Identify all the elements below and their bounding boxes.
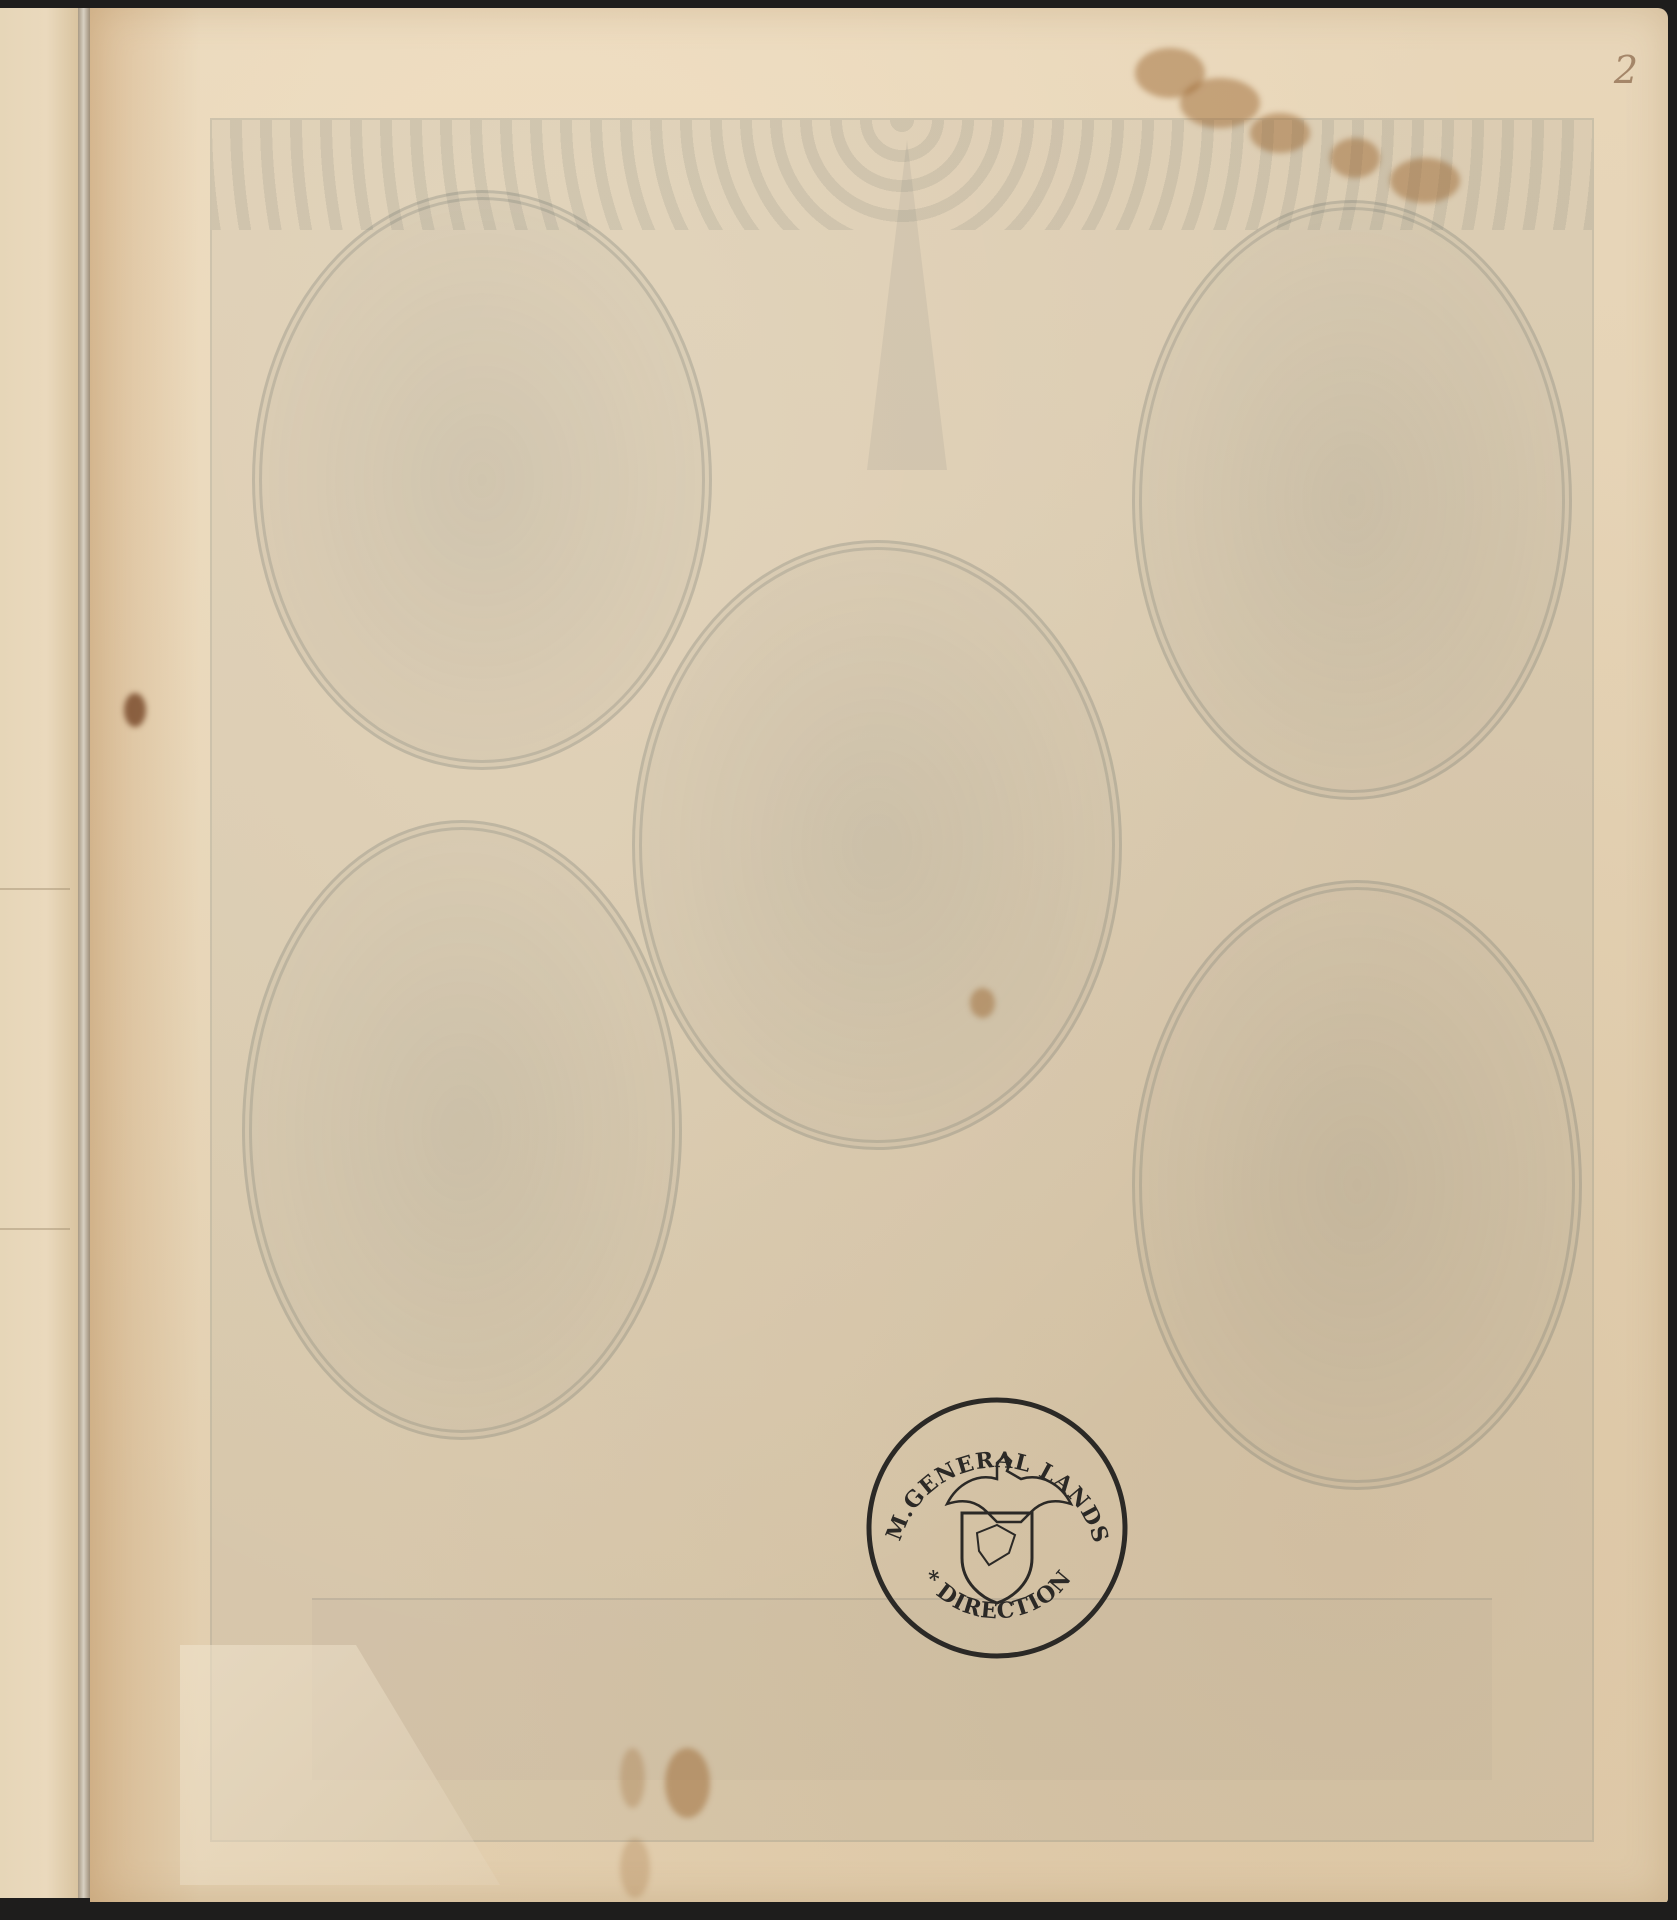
scan-background bbox=[0, 1902, 1677, 1920]
stain bbox=[1180, 78, 1260, 128]
stain bbox=[1390, 158, 1460, 203]
previous-leaf bbox=[0, 8, 80, 1898]
portrait-medallion-top-right bbox=[1132, 200, 1572, 800]
stain bbox=[665, 1748, 710, 1818]
stamp-seal-icon: K.PR.POM.GENERAL LANDSCHAFTS * DIRECTION bbox=[862, 1393, 1132, 1663]
stain bbox=[620, 1748, 645, 1808]
portrait-medallion-bottom-right bbox=[1132, 880, 1582, 1490]
archive-stamp: K.PR.POM.GENERAL LANDSCHAFTS * DIRECTION… bbox=[862, 1393, 1132, 1663]
portrait-medallion-bottom-left bbox=[242, 820, 682, 1440]
handwritten-folio-number: 2 bbox=[1614, 48, 1638, 92]
portrait-medallion-center bbox=[632, 540, 1122, 1150]
stain bbox=[124, 693, 146, 727]
stain bbox=[620, 1838, 650, 1898]
svg-text:* DIRECTION: * DIRECTION bbox=[917, 1565, 1078, 1625]
paper-fold bbox=[0, 888, 70, 890]
spine-discoloration bbox=[90, 8, 200, 1903]
portrait-medallion-top-left bbox=[252, 190, 712, 770]
paper-fold bbox=[0, 1228, 70, 1230]
book-scan: 2 K.PR.POM.GENERAL LANDSCHAFTS * DIRECTI… bbox=[0, 0, 1677, 1920]
stain bbox=[1250, 113, 1310, 153]
obelisk-ornament bbox=[867, 140, 947, 470]
svg-text:K.PR.POM.GENERAL LANDSCHAFTS: K.PR.POM.GENERAL LANDSCHAFTS bbox=[862, 1393, 1114, 1547]
stain bbox=[1330, 138, 1380, 178]
stain bbox=[970, 988, 995, 1018]
